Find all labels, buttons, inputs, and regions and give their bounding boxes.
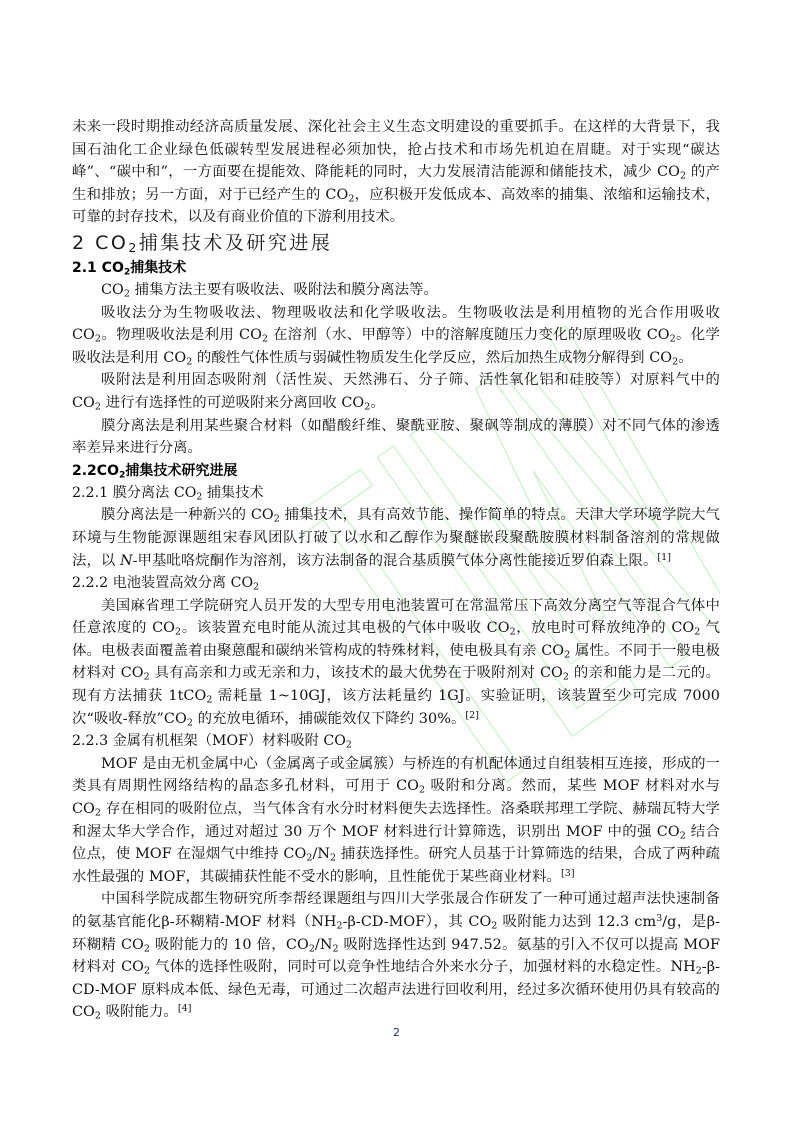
text-run: CO (101, 282, 124, 298)
text-run: 捕集技术及研究进展 (139, 232, 333, 254)
subsection-heading: 2.2CO2捕集技术研究进展 (72, 460, 720, 482)
text-run: ，放电时可释放纯净的 CO (516, 620, 695, 636)
body-paragraph: 膜分离法是一种新兴的 CO2 捕集技术，具有高效节能、操作简单的特点。天津大学环… (72, 504, 720, 572)
citation-reference: [1] (657, 551, 671, 562)
subsubsection-heading: 2.2.3 金属有机框架（MOF）材料吸附 CO2 (72, 730, 720, 753)
text-run: 未来一段时期推动经济高质量发展、深化社会主义生态文明建设的重要抓手。在这样的大背… (72, 119, 720, 180)
text-run: 进行有选择性的可逆吸附来分离回收 CO (101, 395, 364, 411)
subscript: 2 (253, 581, 259, 592)
text-run: -甲基吡咯烷酮作为溶剂，该方法制备的混合基质膜气体分离性能接近罗伯森上限。 (133, 553, 658, 569)
text-run: 吸附能力达到 12.3 cm (497, 914, 656, 930)
text-run: 吸附能力的 10 倍，CO (150, 937, 309, 953)
text-run: 捕集技术研究进展 (125, 463, 237, 479)
text-run: 的酸性气体性质与弱碱性物质发生化学反应，然后加热生成物分解得到 CO (192, 350, 672, 366)
text-run: 膜分离法是一种新兴的 CO (101, 507, 274, 523)
citation-reference: [4] (178, 1003, 192, 1014)
text-run: 2.2CO (72, 463, 119, 479)
body-paragraph: 吸附法是利用固态吸附剂（活性炭、天然沸石、分子筛、活性氧化铝和硅胶等）对原料气中… (72, 369, 720, 414)
section-heading: 2 CO2捕集技术及研究进展 (72, 229, 720, 257)
text-run: 。物理吸收法是利用 CO (101, 327, 262, 343)
page-number: 2 (0, 1026, 793, 1039)
text-run: 气体的选择性吸附，同时可以竞争性地结合外来水分子，加强材料的水稳定性。NH (150, 959, 696, 975)
text-run: /N (312, 846, 330, 862)
text-run: 捕集技术 (202, 485, 263, 501)
text-run: 吸附能力。 (101, 1004, 178, 1020)
text-run: 的充放电循环，捕碳能效仅下降约 30%。 (193, 711, 465, 727)
text-run: 。该装置充电时能从流过其电极的气体中吸收 CO (181, 620, 509, 636)
body-paragraph: 吸收法分为生物吸收法、物理吸收法和化学吸收法。生物吸收法是利用植物的光合作用吸收… (72, 302, 720, 370)
text-run: 具有高亲和力或无亲和力，该技术的最大优势在于吸附剂对 CO (150, 665, 563, 681)
text-run: 2.2.1 膜分离法 CO (72, 485, 196, 501)
subscript: 2 (128, 240, 138, 255)
citation-reference: [3] (561, 868, 575, 879)
text-run: 存在相同的吸附位点，当气体含有水分时材料便失去选择性。洛桑联邦理工学院、赫瑞瓦特… (72, 801, 720, 840)
text-run: -β-CD-MOF），其 CO (343, 914, 492, 930)
text-run: 捕集方法主要有吸收法、吸附法和膜分离法等。 (130, 282, 438, 298)
citation-reference: [2] (465, 709, 479, 720)
body-paragraph: CO2 捕集方法主要有吸收法、吸附法和膜分离法等。 (72, 279, 720, 302)
text-run: 。 (370, 395, 384, 411)
body-paragraph: 中国科学院成都生物研究所李帮经课题组与四川大学张晟合作研发了一种可通过超声法快速… (72, 888, 720, 1024)
subsubsection-heading: 2.2.1 膜分离法 CO2 捕集技术 (72, 482, 720, 505)
body-paragraph: 膜分离法是利用某些聚合材料（如醋酸纤维、聚酰亚胺、聚砜等制成的薄膜）对不同气体的… (72, 415, 720, 460)
text-run: 2.2.2 电池装置高效分离 CO (72, 575, 253, 591)
body-paragraph: MOF 是由无机金属中心（金属离子或金属簇）与桥连的有机配体通过自组装相互连接，… (72, 753, 720, 889)
body-paragraph: 美国麻省理工学院研究人员开发的大型专用电池装置可在常温常压下高效分离空气等混合气… (72, 595, 720, 731)
text-run: 2.1 CO (72, 260, 124, 276)
subsection-heading: 2.1 CO2捕集技术 (72, 257, 720, 279)
text-run: 2.2.3 金属有机框架（MOF）材料吸附 CO (72, 733, 346, 749)
body-paragraph: 未来一段时期推动经济高质量发展、深化社会主义生态文明建设的重要抓手。在这样的大背… (72, 116, 720, 229)
document-page: 未来一段时期推动经济高质量发展、深化社会主义生态文明建设的重要抓手。在这样的大背… (72, 116, 720, 1024)
text-run: /N (315, 937, 333, 953)
text-run: 在溶剂（水、甲醇等）中的溶解度随压力变化的原理吸收 CO (268, 327, 670, 343)
subscript: 2 (346, 740, 352, 751)
text-run: 。 (678, 350, 692, 366)
text-run: 膜分离法是利用某些聚合材料（如醋酸纤维、聚酰亚胺、聚砜等制成的薄膜）对不同气体的… (72, 418, 720, 457)
italic-text: N (120, 553, 133, 569)
subsubsection-heading: 2.2.2 电池装置高效分离 CO2 (72, 572, 720, 595)
text-run: 2 CO (72, 232, 128, 254)
text-run: 捕集技术 (130, 260, 186, 276)
